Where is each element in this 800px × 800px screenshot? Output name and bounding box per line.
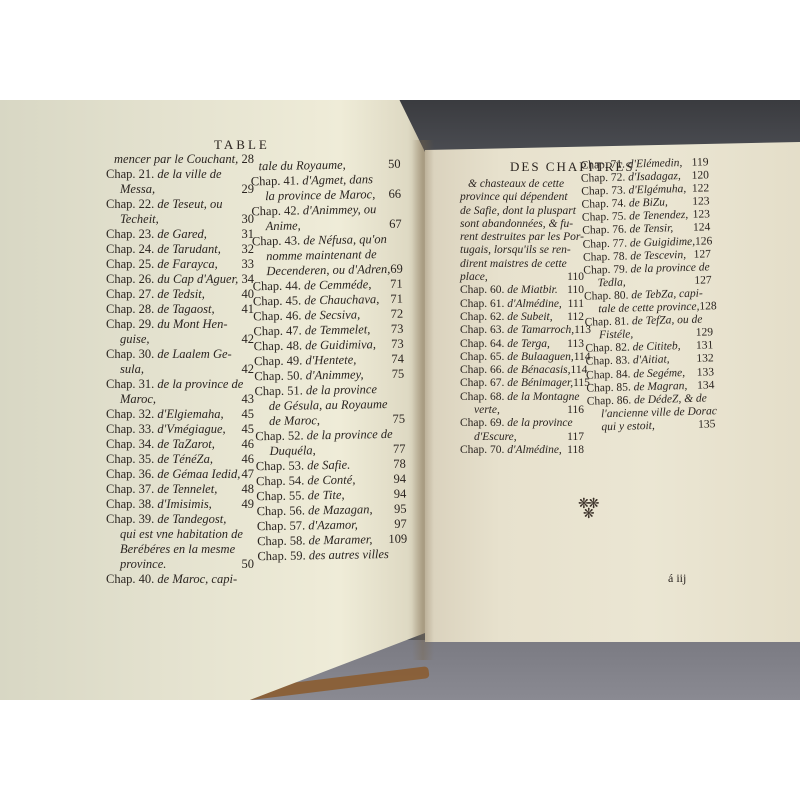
toc-chapter-number: Chap. 48. xyxy=(254,338,306,353)
toc-entry-heading: Chap. 25. de Farayca, xyxy=(106,257,218,272)
toc-entry-title: de Temmelet, xyxy=(305,322,371,337)
toc-entry: Chap. 32. d'Elgiemaha,45 xyxy=(106,407,254,422)
toc-entry-text: verte, xyxy=(474,404,500,417)
toc-entry-title: d'Animmey, xyxy=(306,367,364,382)
toc-chapter-number: Chap. 46. xyxy=(253,308,305,323)
toc-entry-title: de Tensir, xyxy=(629,223,673,236)
toc-entry-title: d'Aitiat, xyxy=(633,354,670,367)
toc-entry-text: sont abandonnées, & fu- xyxy=(460,218,573,231)
toc-chapter-number: Chap. 64. xyxy=(460,338,507,350)
toc-chapter-number: Chap. 72. xyxy=(581,172,629,185)
toc-entry-text: rent destruites par les Por- xyxy=(460,231,584,244)
toc-page-number: 133 xyxy=(697,366,715,380)
toc-entry-line: place,110 xyxy=(460,271,584,284)
toc-page-number: 73 xyxy=(391,337,404,352)
toc-page-number: 72 xyxy=(391,307,404,322)
toc-entry-heading: Chap. 35. de TénéZa, xyxy=(106,452,213,467)
toc-entry-heading: Chap. 29. du Mont Hen- xyxy=(106,317,228,332)
toc-entry-title: de Tite, xyxy=(308,488,345,503)
toc-page-number: 71 xyxy=(390,277,403,292)
toc-page-number: 74 xyxy=(391,352,404,367)
toc-entry-line: Chap. 26. du Cap d'Aguer,34 xyxy=(106,272,254,287)
toc-entry-title: de Tamarroch, xyxy=(507,324,574,336)
toc-entry-continuation: Maroc,43 xyxy=(106,392,254,407)
toc-entry-line: mencer par le Couchant,28 xyxy=(106,152,254,167)
toc-entry: Chap. 60. de Miatbir.110 xyxy=(460,284,584,297)
toc-entry-title: de BiZu, xyxy=(629,197,668,210)
toc-entry-title: des autres villes xyxy=(309,547,389,562)
toc-page-number: 97 xyxy=(394,517,407,532)
toc-chapter-number: Chap. 71. xyxy=(580,158,628,171)
toc-chapter-number: Chap. 41. xyxy=(251,173,303,188)
toc-entry-line: Chap. 27. de Tedsit,40 xyxy=(106,287,254,302)
toc-entry-line: Chap. 69. de la province xyxy=(460,417,584,430)
toc-entry: Chap. 63. de Tamarroch,113 xyxy=(460,324,584,337)
toc-chapter-number: Chap. 58. xyxy=(257,533,309,548)
toc-entry: Chap. 43. de Néfusa, qu'onnomme maintena… xyxy=(252,232,403,280)
toc-entry-text: tugais, lorsqu'ils se ren- xyxy=(460,244,571,257)
toc-entry-heading: Chap. 26. du Cap d'Aguer, xyxy=(106,272,238,287)
toc-entry-continuation: d'Escure,117 xyxy=(460,431,584,444)
toc-entry-heading: Chap. 69. de la province xyxy=(460,417,573,430)
toc-entry-text: Anime, xyxy=(266,218,301,234)
toc-entry-line: Chap. 64. de Terga,113 xyxy=(460,338,584,351)
toc-chapter-number: Chap. 81. xyxy=(585,316,633,329)
toc-entry-title: de Cemméde, xyxy=(304,277,372,292)
toc-entry-text: qui est vne habitation de xyxy=(120,527,243,542)
toc-chapter-number: Chap. 61. xyxy=(460,298,507,310)
toc-entry-text: qui y estoit, xyxy=(601,420,655,434)
toc-chapter-number: Chap. 57. xyxy=(257,518,309,533)
toc-page-number: 123 xyxy=(692,196,710,210)
toc-entry: Chap. 26. du Cap d'Aguer,34 xyxy=(106,272,254,287)
toc-entry-title: de Bénimager, xyxy=(507,377,573,389)
toc-entry-title: de Miatbir. xyxy=(507,284,557,296)
toc-chapter-number: Chap. 25. xyxy=(106,257,157,271)
toc-entry-continuation: guise,42 xyxy=(106,332,254,347)
toc-entry-heading: Chap. 37. de Tennelet, xyxy=(106,482,217,497)
toc-page-number: 127 xyxy=(694,248,712,262)
toc-entry-title: de Subeit, xyxy=(507,311,552,323)
toc-entry-title: de la ville de xyxy=(157,167,221,181)
toc-page-number: 120 xyxy=(691,169,709,183)
toc-chapter-number: Chap. 60. xyxy=(460,284,507,296)
toc-entry-title: d'Elémedin, xyxy=(628,157,683,170)
toc-entry: Chap. 80. de TebZa, capi-tale de cette p… xyxy=(584,287,713,317)
toc-chapter-number: Chap. 50. xyxy=(254,368,306,383)
toc-entry: Chap. 66. de Bénacasis,114 xyxy=(460,364,584,377)
toc-entry-heading: Chap. 57. d'Azamor, xyxy=(257,518,358,535)
toc-entry-title: de Safie. xyxy=(307,458,350,473)
toc-entry-heading: Chap. 27. de Tedsit, xyxy=(106,287,205,302)
toc-entry-heading: Chap. 62. de Subeit, xyxy=(460,311,553,324)
toc-page-number: 113 xyxy=(567,338,584,351)
toc-entry-title: de TaZarot, xyxy=(157,437,214,451)
toc-entry-heading: Chap. 59. des autres villes xyxy=(257,547,389,564)
toc-entry: Chap. 23. de Gared,31 xyxy=(106,227,254,242)
toc-entry-text: province. xyxy=(120,557,166,572)
toc-entry-line: Chap. 23. de Gared,31 xyxy=(106,227,254,242)
toc-chapter-number: Chap. 31. xyxy=(106,377,157,391)
toc-entry-continuation: Techeit,30 xyxy=(106,212,254,227)
toc-entry-text: d'Escure, xyxy=(474,431,517,444)
toc-entry: Chap. 36. de Gémaa Iedid,47 xyxy=(106,467,254,482)
toc-page-number: 95 xyxy=(394,502,407,517)
toc-entry-title: de la province de xyxy=(157,377,243,391)
toc-entry-title: de Maroc, capi- xyxy=(157,572,237,586)
toc-entry-line: Chap. 65. de Bulaaguen,114 xyxy=(460,351,584,364)
toc-entry-title: de Tagaost, xyxy=(157,302,214,316)
toc-entry-line: Chap. 40. de Maroc, capi- xyxy=(106,572,254,587)
toc-chapter-number: Chap. 42. xyxy=(251,203,303,218)
toc-entry-heading: Chap. 28. de Tagaost, xyxy=(106,302,215,317)
toc-entry-continuation: verte,116 xyxy=(460,404,584,417)
toc-entry-heading: Chap. 31. de la province de xyxy=(106,377,243,392)
toc-chapter-number: Chap. 63. xyxy=(460,324,507,336)
toc-page-number: 128 xyxy=(699,300,717,314)
toc-page-number: 122 xyxy=(692,183,710,197)
toc-page-number: 73 xyxy=(391,322,404,337)
toc-entry-line: dirent maistres de cette xyxy=(460,258,584,271)
toc-entry: Chap. 70. d'Almédine,118 xyxy=(460,444,584,457)
toc-entry-heading: Chap. 21. de la ville de xyxy=(106,167,222,182)
toc-entry-title: du Cap d'Aguer, xyxy=(157,272,238,286)
toc-entry-title: de TebZa, capi- xyxy=(631,288,703,302)
toc-entry-line: Chap. 68. de la Montagne xyxy=(460,391,584,404)
toc-page-number: 132 xyxy=(696,353,714,367)
toc-entry: Chap. 27. de Tedsit,40 xyxy=(106,287,254,302)
toc-entry: Chap. 38. d'Imisimis,49 xyxy=(106,497,254,512)
toc-entry-title: d'Elgiemaha, xyxy=(157,407,223,421)
toc-entry: Chap. 51. de la provincede Gésula, au Ro… xyxy=(254,382,405,430)
toc-entry-heading: Chap. 23. de Gared, xyxy=(106,227,207,242)
toc-entry-continuation: Messa,29 xyxy=(106,182,254,197)
toc-entry: Chap. 79. de la province deTedla,127 xyxy=(583,261,712,291)
toc-entry-line: Chap. 60. de Miatbir.110 xyxy=(460,284,584,297)
toc-chapter-number: Chap. 79. xyxy=(583,263,631,276)
toc-chapter-number: Chap. 44. xyxy=(253,278,305,293)
toc-entry-line: sont abandonnées, & fu- xyxy=(460,218,584,231)
toc-entry-line: Chap. 21. de la ville de xyxy=(106,167,254,182)
toc-entry-heading: Chap. 55. de Tite, xyxy=(256,488,344,505)
toc-entry-title: de la province de xyxy=(307,427,393,442)
toc-entry-text: de Safie, dont la pluspart xyxy=(460,205,576,218)
toc-page-number: 114 xyxy=(571,364,588,377)
toc-entry-heading: Chap. 40. de Maroc, capi- xyxy=(106,572,237,587)
toc-entry: Chap. 28. de Tagaost,41 xyxy=(106,302,254,317)
toc-chapter-number: Chap. 67. xyxy=(460,377,507,389)
toc-entry: Chap. 40. de Maroc, capi- xyxy=(106,572,254,587)
toc-entry-title: de Laalem Ge- xyxy=(157,347,231,361)
toc-chapter-number: Chap. 74. xyxy=(581,198,629,211)
toc-chapter-number: Chap. 75. xyxy=(582,211,630,224)
toc-chapter-number: Chap. 83. xyxy=(586,355,634,368)
toc-entry-heading: Chap. 67. de Bénimager, xyxy=(460,377,573,390)
toc-entry-title: de Secsiva, xyxy=(304,307,360,322)
toc-entry-heading: Chap. 30. de Laalem Ge- xyxy=(106,347,232,362)
toc-entry: Chap. 35. de TénéZa,46 xyxy=(106,452,254,467)
toc-chapter-number: Chap. 21. xyxy=(106,167,157,181)
toc-entry-line: Chap. 32. d'Elgiemaha,45 xyxy=(106,407,254,422)
toc-entry-heading: Chap. 34. de TaZarot, xyxy=(106,437,215,452)
toc-chapter-number: Chap. 80. xyxy=(584,289,632,302)
toc-chapter-number: Chap. 36. xyxy=(106,467,157,481)
toc-chapter-number: Chap. 53. xyxy=(256,458,308,473)
toc-page-number: 124 xyxy=(693,222,711,236)
toc-entry-title: de Teseut, ou xyxy=(157,197,222,211)
toc-entry-title: de Bulaaguen, xyxy=(507,351,573,363)
toc-entry-title: de Maramer, xyxy=(308,532,372,547)
toc-entry-heading: Chap. 32. d'Elgiemaha, xyxy=(106,407,224,422)
toc-entry-title: de Tescevin, xyxy=(630,249,686,262)
toc-entry-continuation: qui est vne habitation de xyxy=(106,527,254,542)
toc-entry-title: d'Vmégiague, xyxy=(157,422,225,436)
toc-entry-title: d'Animmey, ou xyxy=(303,202,377,217)
toc-chapter-number: Chap. 28. xyxy=(106,302,157,316)
book-gutter xyxy=(412,140,434,660)
toc-page-number: 46 xyxy=(242,452,255,467)
toc-chapter-number: Chap. 30. xyxy=(106,347,157,361)
toc-page-number: 71 xyxy=(390,292,403,307)
toc-chapter-number: Chap. 65. xyxy=(460,351,507,363)
toc-page-number: 78 xyxy=(393,457,406,472)
toc-entry-text: Duquéla, xyxy=(269,443,315,459)
toc-entry: Chap. 39. de Tandegost,qui est vne habit… xyxy=(106,512,254,572)
toc-page-number: 49 xyxy=(242,497,255,512)
toc-entry-title: de Bénacasis, xyxy=(507,364,570,376)
toc-chapter-number: Chap. 78. xyxy=(583,250,631,263)
toc-entry-title: de Tenendez, xyxy=(629,209,688,223)
toc-entry: Chap. 41. d'Agmet, dansla province de Ma… xyxy=(251,172,402,205)
toc-entry-continuation: Berébéres en la mesme xyxy=(106,542,254,557)
toc-entry-title: de la province de xyxy=(630,261,709,275)
toc-page-number: 129 xyxy=(696,327,714,341)
toc-entry-text: & chasteaux de cette xyxy=(468,178,564,191)
toc-entry-continuation: province.50 xyxy=(106,557,254,572)
toc-entry-line: tugais, lorsqu'ils se ren- xyxy=(460,244,584,257)
toc-entry-heading: Chap. 24. de Tarudant, xyxy=(106,242,221,257)
toc-entry-line: Chap. 61. d'Almédine,111 xyxy=(460,298,584,311)
toc-entry: Chap. 64. de Terga,113 xyxy=(460,338,584,351)
toc-entry: Chap. 21. de la ville deMessa,29 xyxy=(106,167,254,197)
toc-entry: mencer par le Couchant,28 xyxy=(106,152,254,167)
toc-page-number: 131 xyxy=(696,340,714,354)
toc-page-number: 67 xyxy=(389,217,402,232)
toc-entry-line: Chap. 37. de Tennelet,48 xyxy=(106,482,254,497)
toc-entry: Chap. 37. de Tennelet,48 xyxy=(106,482,254,497)
toc-page-number: 134 xyxy=(697,379,715,393)
toc-entry-line: Chap. 66. de Bénacasis,114 xyxy=(460,364,584,377)
toc-chapter-number: Chap. 34. xyxy=(106,437,157,451)
toc-entry-text: province qui dépendent xyxy=(460,191,568,204)
toc-page-number: 69 xyxy=(390,262,403,277)
toc-entry: Chap. 69. de la provinced'Escure,117 xyxy=(460,417,584,444)
toc-chapter-number: Chap. 76. xyxy=(582,224,630,237)
toc-page-number: 94 xyxy=(394,487,407,502)
toc-page-number: 111 xyxy=(568,298,584,311)
toc-entry-title: d'Isadagaz, xyxy=(628,170,681,183)
toc-entry-title: d'Hentete, xyxy=(305,353,356,368)
toc-entry: Chap. 68. de la Montagneverte,116 xyxy=(460,391,584,418)
toc-entry-heading: Chap. 64. de Terga, xyxy=(460,338,550,351)
toc-entry-title: de la province xyxy=(306,382,377,397)
toc-entry-title: de Gémaa Iedid, xyxy=(157,467,240,481)
toc-entry-heading: Chap. 42. d'Animmey, ou xyxy=(251,202,376,219)
toc-chapter-number: Chap. 55. xyxy=(256,488,308,503)
left-column-1: mencer par le Couchant,28Chap. 21. de la… xyxy=(106,152,254,587)
toc-entry: Chap. 33. d'Vmégiague,45 xyxy=(106,422,254,437)
toc-entry-text: mencer par le Couchant, xyxy=(114,152,238,167)
toc-entry-heading: Chap. 45. de Chauchava, xyxy=(253,292,380,309)
toc-entry-title: d'Imisimis, xyxy=(157,497,211,511)
toc-entry-heading: Chap. 38. d'Imisimis, xyxy=(106,497,212,512)
toc-entry: Chap. 31. de la province deMaroc,43 xyxy=(106,377,254,407)
toc-chapter-number: Chap. 32. xyxy=(106,407,157,421)
toc-entry-title: de TénéZa, xyxy=(157,452,213,466)
toc-entry-line: & chasteaux de cette xyxy=(460,178,584,191)
toc-page-number: 109 xyxy=(388,532,407,547)
toc-chapter-number: Chap. 37. xyxy=(106,482,157,496)
toc-chapter-number: Chap. 73. xyxy=(581,185,629,198)
toc-entry-line: Chap. 24. de Tarudant,32 xyxy=(106,242,254,257)
toc-entry-heading: Chap. 22. de Teseut, ou xyxy=(106,197,223,212)
toc-entry-text: de Gésula, au Royaume xyxy=(269,397,388,414)
toc-entry-line: Chap. 39. de Tandegost, xyxy=(106,512,254,527)
right-column-1: & chasteaux de cetteprovince qui dépende… xyxy=(460,178,584,457)
toc-page-number: 47 xyxy=(242,467,255,482)
toc-entry-title: de la Montagne xyxy=(507,391,579,403)
toc-page-number: 46 xyxy=(242,437,255,452)
toc-entry-heading: Chap. 53. de Safie. xyxy=(256,458,351,475)
toc-entry-heading: Chap. 65. de Bulaaguen, xyxy=(460,351,574,364)
toc-entry-text: Techeit, xyxy=(120,212,159,227)
toc-entry-title: de Farayca, xyxy=(157,257,217,271)
toc-chapter-number: Chap. 77. xyxy=(582,237,630,250)
toc-entry-heading: Chap. 70. d'Almédine, xyxy=(460,444,562,457)
toc-page-number: 119 xyxy=(692,156,709,170)
toc-page-number: 48 xyxy=(242,482,255,497)
toc-entry-title: de TefZa, ou de xyxy=(632,314,703,328)
toc-entry: Chap. 67. de Bénimager,115 xyxy=(460,377,584,390)
toc-entry-line: Chap. 25. de Farayca,33 xyxy=(106,257,254,272)
toc-chapter-number: Chap. 52. xyxy=(255,428,307,443)
toc-entry-title: de la province xyxy=(507,417,572,429)
toc-entry: Chap. 34. de TaZarot,46 xyxy=(106,437,254,452)
toc-chapter-number: Chap. 85. xyxy=(586,381,634,394)
toc-entry: Chap. 22. de Teseut, ouTecheit,30 xyxy=(106,197,254,227)
toc-chapter-number: Chap. 51. xyxy=(254,383,306,398)
printer-ornament: ❋❋❋ xyxy=(578,500,597,520)
toc-entry-title: de Tandegost, xyxy=(157,512,226,526)
toc-page-number: 123 xyxy=(693,209,711,223)
toc-page-number: 42 xyxy=(242,362,255,377)
toc-chapter-number: Chap. 29. xyxy=(106,317,157,331)
toc-entry-line: Chap. 43. de Néfusa, qu'on xyxy=(252,232,402,250)
toc-page-number: 110 xyxy=(567,284,584,297)
toc-chapter-number: Chap. 40. xyxy=(106,572,157,586)
toc-entry-line: de Safie, dont la pluspart xyxy=(460,205,584,218)
toc-entry-text: Decenderen, ou d'Adren, xyxy=(266,262,390,279)
toc-chapter-number: Chap. 38. xyxy=(106,497,157,511)
toc-entry-title: de DédeZ, & de xyxy=(634,392,707,406)
toc-entry-title: de Guigidime, xyxy=(630,235,695,249)
toc-entry-line: Chap. 62. de Subeit,112 xyxy=(460,311,584,324)
toc-entry-line: rent destruites par les Por- xyxy=(460,231,584,244)
left-column-2: tale du Royaume,50Chap. 41. d'Agmet, dan… xyxy=(250,157,407,565)
toc-chapter-number: Chap. 59. xyxy=(257,548,309,563)
toc-entry: Chap. 62. de Subeit,112 xyxy=(460,311,584,324)
toc-entry-text: Berébéres en la mesme xyxy=(120,542,235,557)
toc-entry-line: Chap. 59. des autres villes xyxy=(257,547,407,565)
toc-page-number: 118 xyxy=(567,444,584,457)
toc-entry: Chap. 61. d'Almédine,111 xyxy=(460,298,584,311)
toc-entry-heading: Chap. 60. de Miatbir. xyxy=(460,284,558,297)
toc-entry-line: Chap. 52. de la province de xyxy=(255,427,405,445)
toc-entry-text: Messa, xyxy=(120,182,155,197)
toc-chapter-number: Chap. 56. xyxy=(256,503,308,518)
toc-page-number: 45 xyxy=(242,407,255,422)
toc-page-number: 94 xyxy=(393,472,406,487)
toc-entry: Chap. 86. de DédeZ, & del'ancienne ville… xyxy=(587,392,716,435)
toc-entry-title: d'Agmet, dans xyxy=(302,172,373,187)
toc-chapter-number: Chap. 54. xyxy=(256,473,308,488)
toc-chapter-number: Chap. 24. xyxy=(106,242,157,256)
toc-entry-title: de Tedsit, xyxy=(157,287,204,301)
toc-page-number: 135 xyxy=(698,418,716,432)
toc-entry-title: d'Almédine, xyxy=(507,444,562,456)
toc-chapter-number: Chap. 68. xyxy=(460,391,507,403)
toc-entry-line: Chap. 70. d'Almédine,118 xyxy=(460,444,584,457)
toc-entry-text: tale du Royaume, xyxy=(258,158,345,175)
toc-entry: Chap. 81. de TefZa, ou deFistéle,129 xyxy=(585,313,714,343)
toc-entry-heading: Chap. 68. de la Montagne xyxy=(460,391,579,404)
right-column-2: Chap. 71. d'Elémedin,119Chap. 72. d'Isad… xyxy=(580,156,715,434)
toc-entry-heading: Chap. 33. d'Vmégiague, xyxy=(106,422,226,437)
toc-entry-line: Chap. 28. de Tagaost,41 xyxy=(106,302,254,317)
page-signature: á iij xyxy=(668,571,686,586)
toc-entry-title: d'Elgémuha, xyxy=(628,183,686,197)
toc-entry-title: de Mazagan, xyxy=(308,502,373,517)
toc-entry-text: de Maroc, xyxy=(269,413,320,429)
toc-entry: Chap. 29. du Mont Hen-guise,42 xyxy=(106,317,254,347)
toc-page-number: 126 xyxy=(695,235,713,249)
toc-chapter-number: Chap. 62. xyxy=(460,311,507,323)
toc-entry-text: place, xyxy=(460,271,488,284)
toc-entry-title: du Mont Hen- xyxy=(157,317,227,331)
toc-entry-title: de Guidimiva, xyxy=(305,337,376,352)
toc-entry-heading: Chap. 39. de Tandegost, xyxy=(106,512,226,527)
toc-chapter-number: Chap. 70. xyxy=(460,444,507,456)
toc-chapter-number: Chap. 47. xyxy=(253,323,305,338)
left-page-heading: TABLE xyxy=(214,137,270,153)
toc-chapter-number: Chap. 49. xyxy=(254,353,306,368)
toc-entry-line: Chap. 22. de Teseut, ou xyxy=(106,197,254,212)
toc-chapter-number: Chap. 43. xyxy=(252,233,304,248)
toc-entry: Chap. 25. de Farayca,33 xyxy=(106,257,254,272)
toc-page-number: 50 xyxy=(242,557,255,572)
toc-entry-line: Chap. 63. de Tamarroch,113 xyxy=(460,324,584,337)
toc-entry-title: de Tarudant, xyxy=(157,242,220,256)
book-photo: TABLE DES CHAPITRES. mencer par le Couch… xyxy=(0,100,800,700)
toc-entry-title: de Conté, xyxy=(307,473,355,488)
toc-page-number: 110 xyxy=(567,271,584,284)
toc-entry-heading: Chap. 66. de Bénacasis, xyxy=(460,364,571,377)
toc-entry-title: de Néfusa, qu'on xyxy=(303,232,387,247)
toc-entry-text: Tedla, xyxy=(598,276,626,290)
toc-entry-continuation: Decenderen, ou d'Adren,69 xyxy=(252,262,402,280)
toc-entry: Chap. 42. d'Animmey, ouAnime,67 xyxy=(251,202,402,235)
toc-entry-title: de Terga, xyxy=(507,338,550,350)
